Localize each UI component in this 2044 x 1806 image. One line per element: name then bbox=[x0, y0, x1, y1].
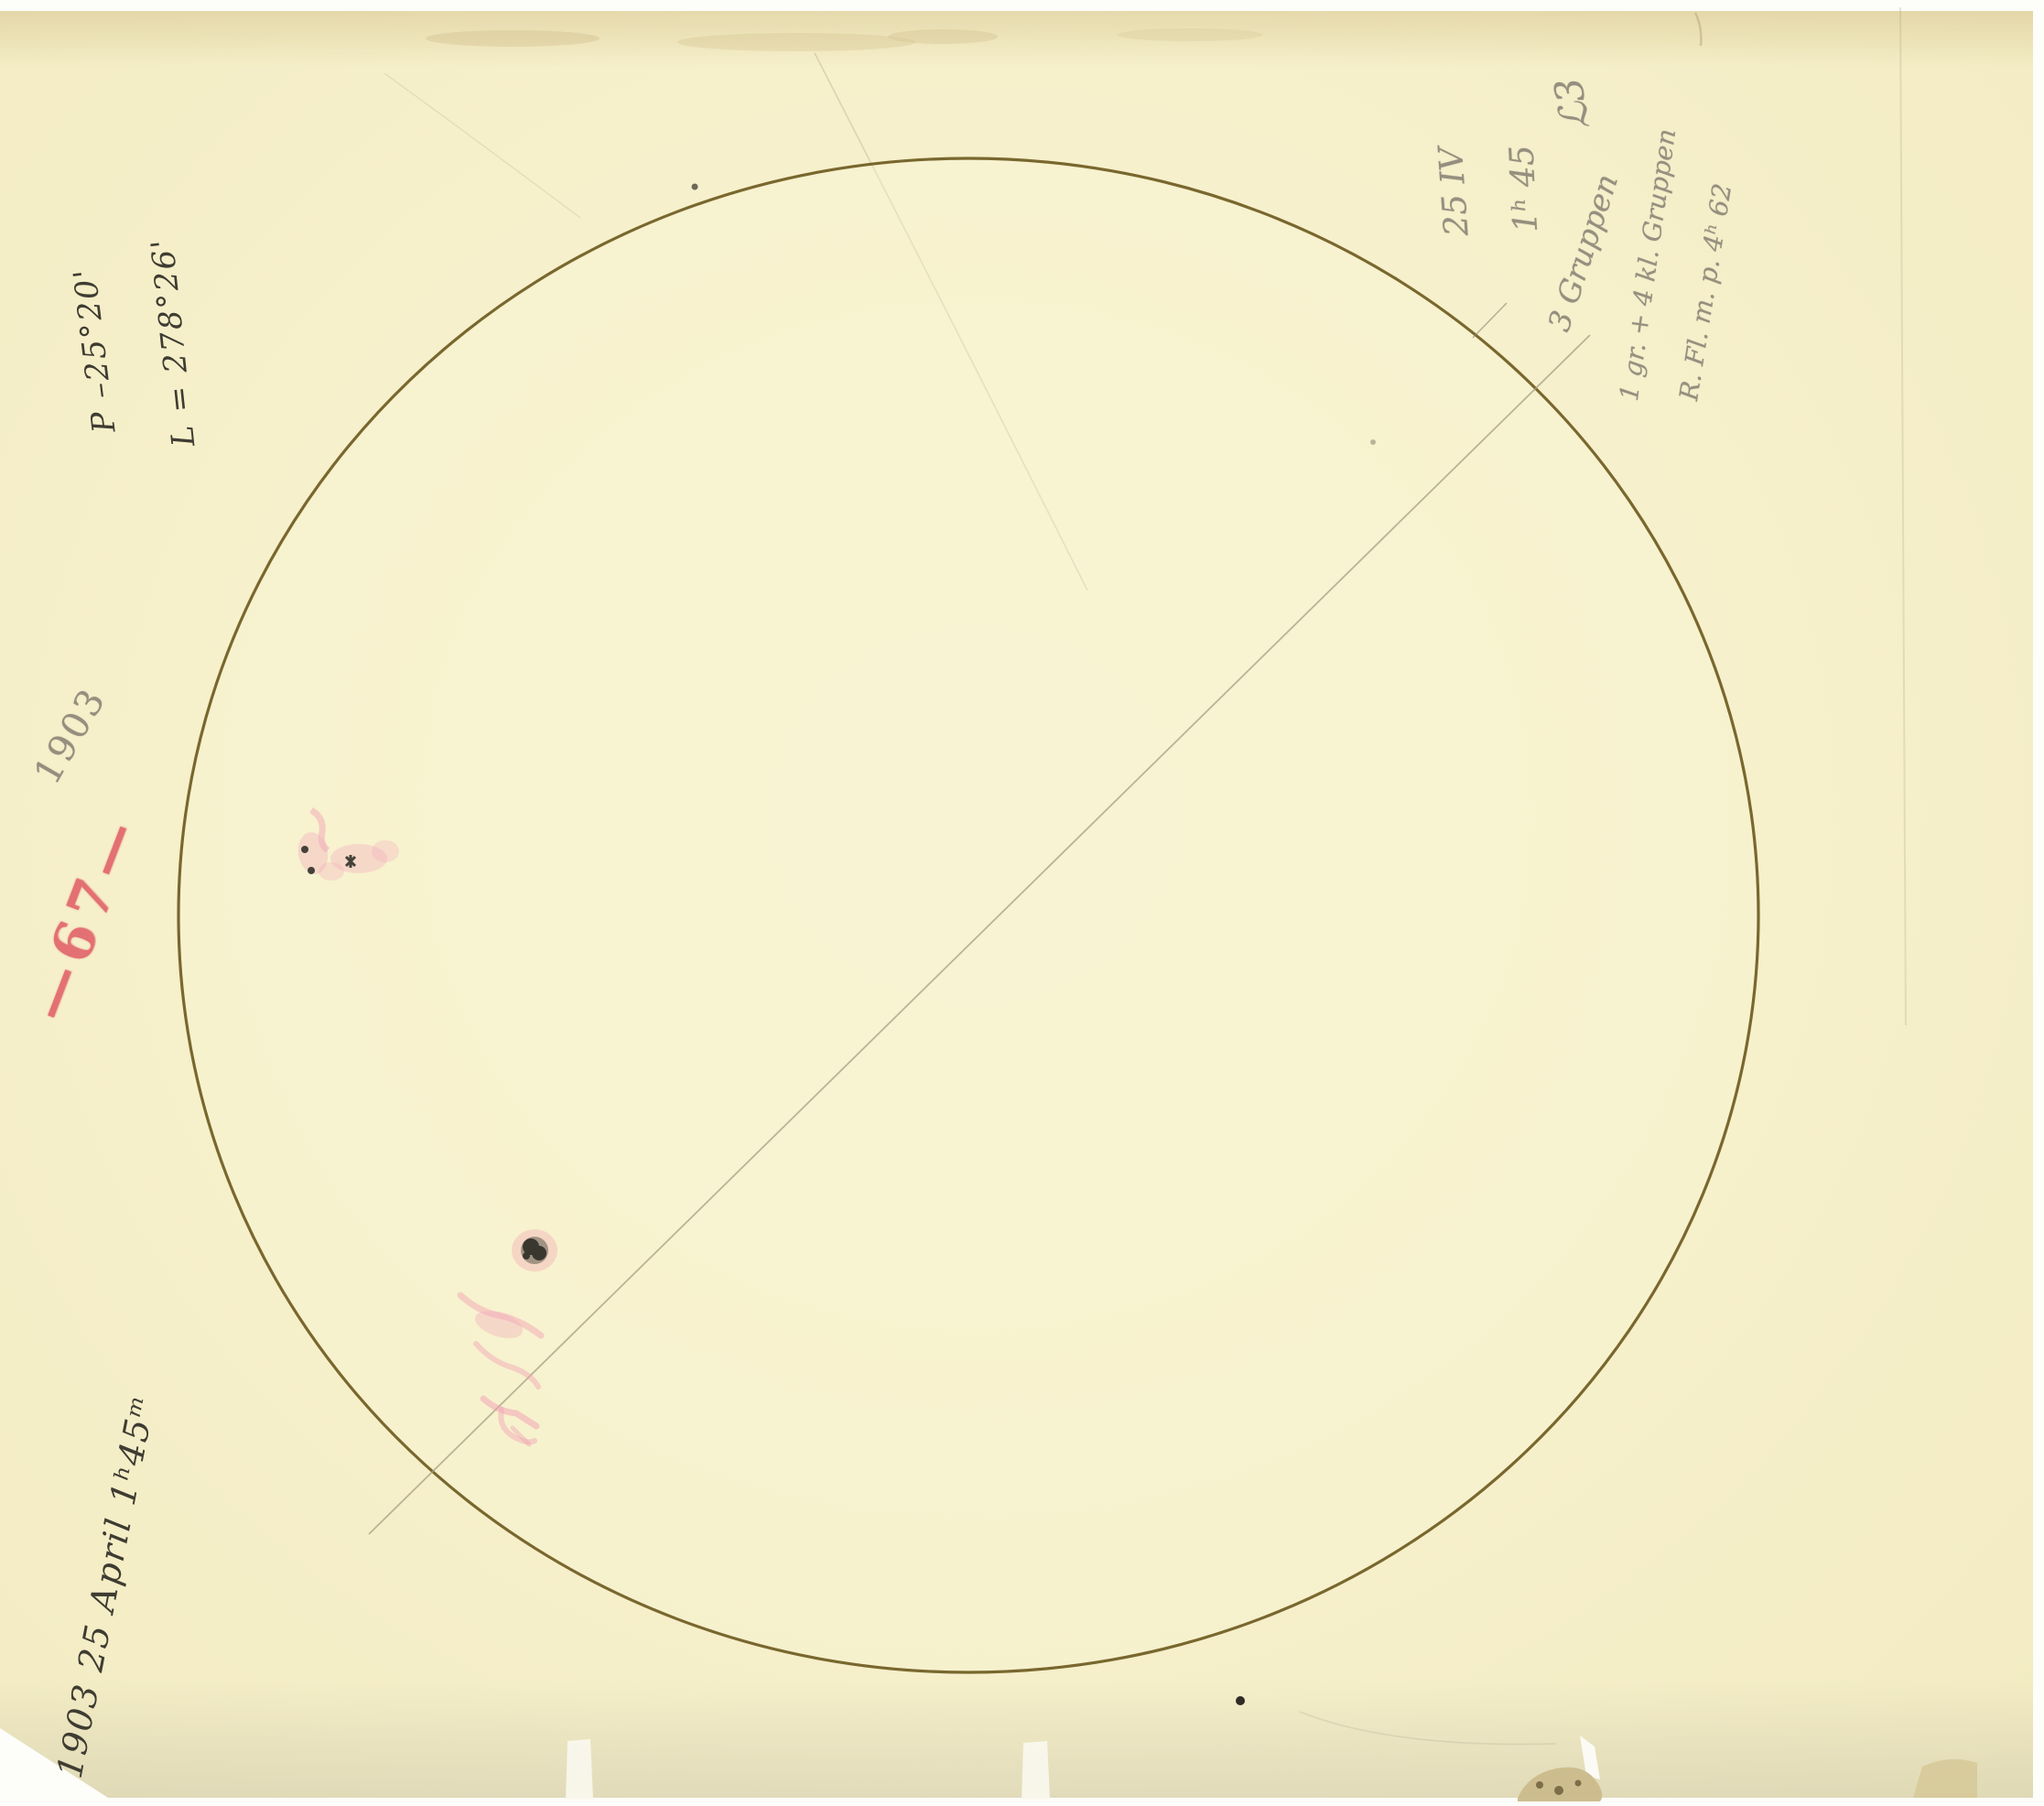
sunspot-a1 bbox=[301, 846, 308, 853]
top-edge-tear bbox=[1695, 13, 1701, 46]
paper-damage bbox=[0, 1728, 1977, 1806]
pencil-note-time: 1ʰ 45 bbox=[1503, 85, 1547, 233]
faint-speck-in-disc bbox=[1370, 439, 1376, 445]
paper-edge-smudges bbox=[426, 13, 1701, 51]
sunspot-a3 bbox=[308, 867, 315, 874]
photograph-of-observation-sheet: P –25°20' L = 278°26' —67— 1903 1903 25 … bbox=[0, 0, 2044, 1806]
solar-limb-circle bbox=[178, 158, 1758, 1672]
sun-disc-drawing bbox=[0, 0, 2044, 1806]
pencil-tick-line bbox=[1473, 303, 1507, 338]
sunspot-b bbox=[512, 1229, 557, 1271]
speck-above-disc bbox=[692, 184, 698, 190]
ink-speck-bottom bbox=[1236, 1696, 1245, 1705]
